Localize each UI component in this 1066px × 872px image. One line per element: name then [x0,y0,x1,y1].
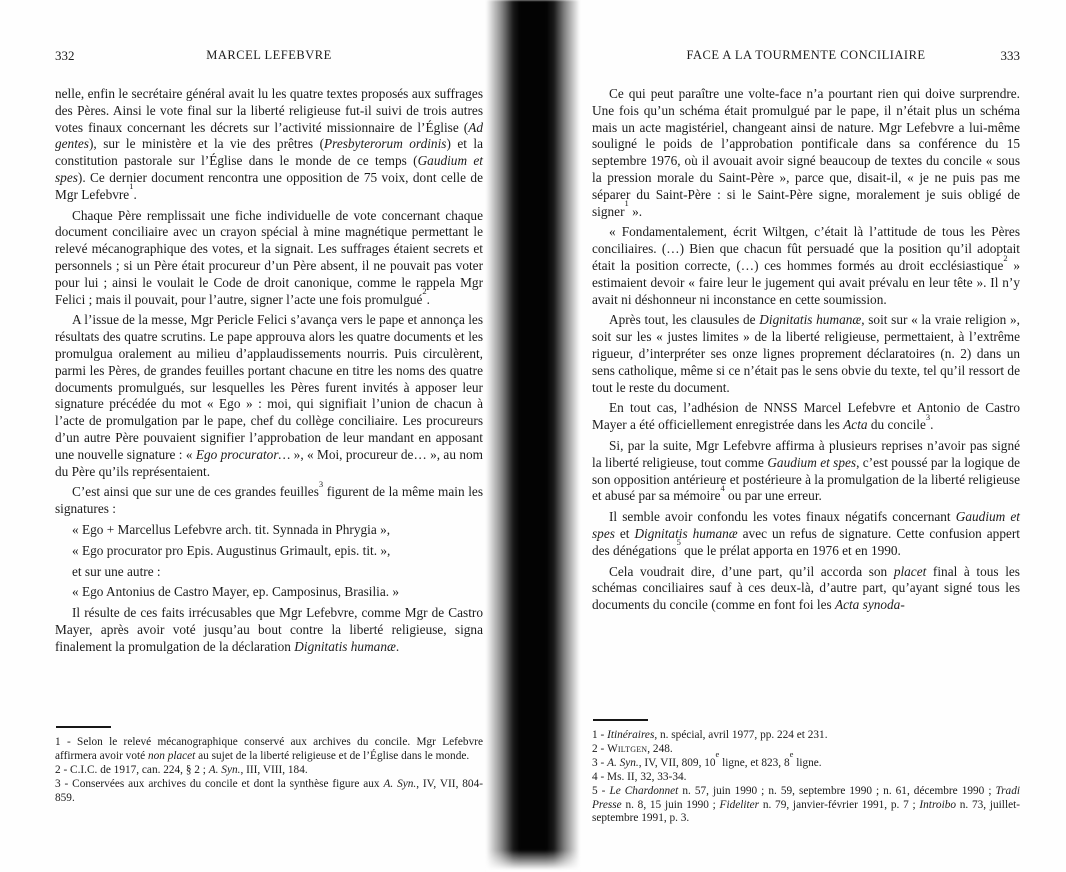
paragraph: Il résulte de ces faits irrécusables que… [55,605,483,655]
book-spread: 332 MARCEL LEFEBVRE nelle, enfin le secr… [0,0,1066,872]
paragraph: Cela voudrait dire, d’une part, qu’il ac… [592,564,1020,614]
footnote: 4 - Ms. II, 32, 33-34. [592,771,1020,785]
left-page-header: 332 MARCEL LEFEBVRE [55,48,483,64]
book-gutter-shadow [486,0,580,872]
footnote-rule [593,719,648,721]
paragraph: Ce qui peut paraître une volte-face n’a … [592,86,1020,220]
paragraph: et sur une autre : [55,564,483,581]
paragraph: A l’issue de la messe, Mgr Pericle Felic… [55,312,483,480]
left-running-header: MARCEL LEFEBVRE [55,48,483,63]
paragraph: C’est ainsi que sur une de ces grandes f… [55,484,483,518]
signature-line: « Ego Antonius de Castro Mayer, ep. Camp… [55,584,483,601]
left-page: 332 MARCEL LEFEBVRE nelle, enfin le secr… [55,48,483,872]
paragraph: Si, par la suite, Mgr Lefebvre affirma à… [592,438,1020,505]
left-page-number: 332 [55,48,75,64]
paragraph: « Fondamentalement, écrit Wiltgen, c’éta… [592,224,1020,308]
paragraph: En tout cas, l’adhésion de NNSS Marcel L… [592,400,1020,434]
right-page-number: 333 [1001,48,1021,64]
footnote: 1 - Selon le relevé mécanographique cons… [55,736,483,764]
right-page-footnotes: 1 - Itinéraires, n. spécial, avril 1977,… [592,719,1020,826]
footnote: 3 - Conservées aux archives du concile e… [55,778,483,806]
paragraph: Après tout, les clausules de Dignitatis … [592,312,1020,396]
signature-line: « Ego procurator pro Epis. Augustinus Gr… [55,543,483,560]
footnote: 5 - Le Chardonnet n. 57, juin 1990 ; n. … [592,785,1020,827]
right-running-header: FACE A LA TOURMENTE CONCILIAIRE [592,48,1020,63]
footnote: 2 - Wiltgen, 248. [592,743,1020,757]
right-page-body: Ce qui peut paraître une volte-face n’a … [592,86,1020,614]
left-page-body: nelle, enfin le secrétaire général avait… [55,86,483,656]
footnote: 2 - C.I.C. de 1917, can. 224, § 2 ; A. S… [55,764,483,778]
paragraph: nelle, enfin le secrétaire général avait… [55,86,483,204]
footnote: 1 - Itinéraires, n. spécial, avril 1977,… [592,729,1020,743]
paragraph: Chaque Père remplissait une fiche indivi… [55,208,483,309]
signature-line: « Ego + Marcellus Lefebvre arch. tit. Sy… [55,522,483,539]
right-page: FACE A LA TOURMENTE CONCILIAIRE 333 Ce q… [592,48,1020,872]
right-page-header: FACE A LA TOURMENTE CONCILIAIRE 333 [592,48,1020,64]
paragraph: Il semble avoir confondu les votes finau… [592,509,1020,559]
footnote-rule [56,726,111,728]
left-page-footnotes: 1 - Selon le relevé mécanographique cons… [55,726,483,806]
footnote: 3 - A. Syn., IV, VII, 809, 10e ligne, et… [592,757,1020,771]
